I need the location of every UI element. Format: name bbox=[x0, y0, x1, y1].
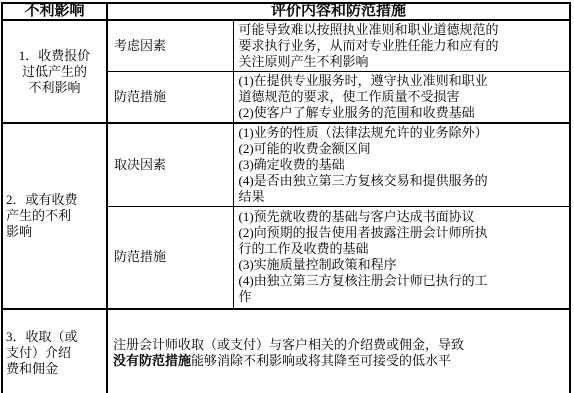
row-label-contingent-fees: 2．或有收费 产生的不利 影响 bbox=[2, 123, 107, 309]
content-consideration-factors: 可能导致难以按照执业准则和职业道德规范的 要求执行业务，从而对专业胜任能力和应有… bbox=[233, 20, 570, 72]
document-page: 不利影响 评价内容和防范措施 1．收费报价 过低产生的 不利影响 考虑因素 可能… bbox=[0, 0, 574, 393]
referral-text-bold: 没有防范措施 bbox=[113, 353, 191, 368]
content-referral-fees-commissions: 注册会计师收取（或支付）与客户相关的介绍费或佣金，导致 没有防范措施能够消除不利… bbox=[107, 309, 570, 393]
content-safeguards-row1: (1)在提供专业服务时，遵守执业准则和职业 道德规范的要求，使工作质量不受损害 … bbox=[233, 72, 570, 124]
row-label-referral-fees-commissions: 3．收取（或 支付）介绍 费和佣金 bbox=[2, 309, 107, 393]
header-adverse-effect: 不利影响 bbox=[2, 3, 107, 20]
referral-text-suffix: 能够消除不利影响或将其降至可接受的低水平 bbox=[191, 353, 451, 368]
fee-threats-safeguards-table: 不利影响 评价内容和防范措施 1．收费报价 过低产生的 不利影响 考虑因素 可能… bbox=[1, 2, 571, 393]
row-label-low-fee-quote: 1．收费报价 过低产生的 不利影响 bbox=[2, 20, 107, 123]
content-determining-factors: (1)业务的性质（法律法规允许的业务除外） (2)可能的收费金额区间 (3)确定… bbox=[233, 123, 570, 207]
sub-label-safeguards-row2: 防范措施 bbox=[107, 207, 233, 309]
table-header-row: 不利影响 评价内容和防范措施 bbox=[2, 3, 570, 20]
sub-label-determining-factors: 取决因素 bbox=[107, 123, 233, 207]
header-evaluation-and-safeguards: 评价内容和防范措施 bbox=[107, 3, 570, 20]
sub-label-consideration-factors: 考虑因素 bbox=[107, 20, 233, 72]
referral-text-prefix: 注册会计师收取（或支付）与客户相关的介绍费或佣金，导致 bbox=[113, 337, 464, 352]
sub-label-safeguards-row1: 防范措施 bbox=[107, 72, 233, 124]
content-safeguards-row2: (1)预先就收费的基础与客户达成书面协议 (2)向预期的报告使用者披露注册会计师… bbox=[233, 207, 570, 309]
